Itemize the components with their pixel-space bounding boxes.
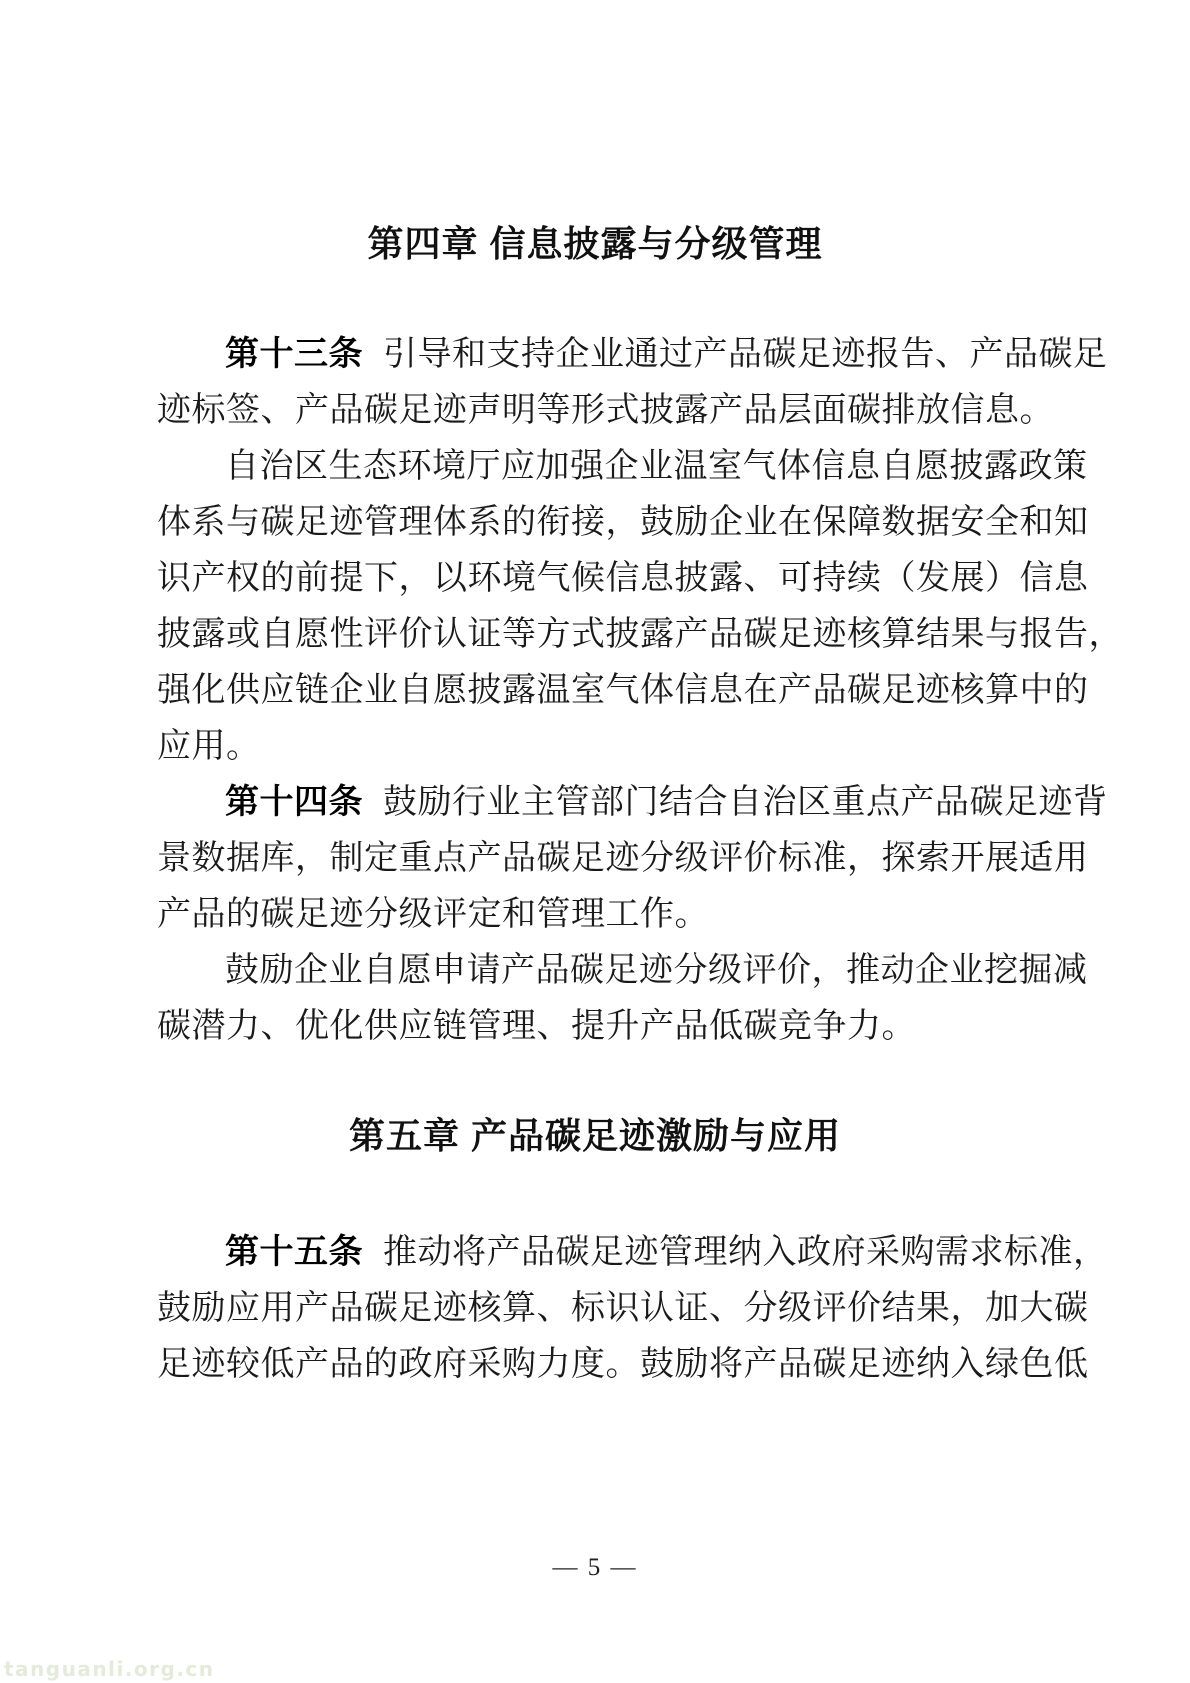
line-text: 鼓励行业主管部门结合自治区重点产品碳足迹背 <box>383 784 1108 821</box>
article-13-label: 第十三条 <box>225 336 363 373</box>
text-line: 识产权的前提下，以环境气候信息披露、可持续（发展）信息 <box>157 551 1047 607</box>
text-line: 景数据库，制定重点产品碳足迹分级评价标准，探索开展适用 <box>157 831 1047 887</box>
page-number: — 5 — <box>0 1552 1190 1584</box>
text-line: 产品的碳足迹分级评定和管理工作。 <box>157 887 1047 943</box>
text-line: 应用。 <box>157 719 1047 775</box>
line-text: 披露或自愿性评价认证等方式披露产品碳足迹核算结果与报告， <box>157 616 1123 653</box>
line-text: 鼓励应用产品碳足迹核算、标识认证、分级评价结果，加大碳 <box>157 1290 1089 1327</box>
line-text: 体系与碳足迹管理体系的衔接，鼓励企业在保障数据安全和知 <box>157 504 1089 541</box>
line-text: 景数据库，制定重点产品碳足迹分级评价标准，探索开展适用 <box>157 840 1089 877</box>
article-15-label: 第十五条 <box>225 1234 363 1271</box>
line-text: 自治区生态环境厅应加强企业温室气体信息自愿披露政策 <box>225 448 1088 485</box>
text-line: 第十五条推动将产品碳足迹管理纳入政府采购需求标准， <box>157 1225 1047 1281</box>
chapter-4-body: 第十三条引导和支持企业通过产品碳足迹报告、产品碳足 迹标签、产品碳足迹声明等形式… <box>157 327 1047 1055</box>
text-line: 足迹较低产品的政府采购力度。鼓励将产品碳足迹纳入绿色低 <box>157 1337 1047 1393</box>
chapter-5-heading: 第五章 产品碳足迹激励与应用 <box>0 1114 1190 1158</box>
line-text: 识产权的前提下，以环境气候信息披露、可持续（发展）信息 <box>157 560 1089 597</box>
text-line: 第十三条引导和支持企业通过产品碳足迹报告、产品碳足 <box>157 327 1047 383</box>
text-line: 强化供应链企业自愿披露温室气体信息在产品碳足迹核算中的 <box>157 663 1047 719</box>
line-text: 应用。 <box>157 728 261 765</box>
article-14-label: 第十四条 <box>225 784 363 821</box>
text-line: 体系与碳足迹管理体系的衔接，鼓励企业在保障数据安全和知 <box>157 495 1047 551</box>
watermark: tanguanli.org.cn <box>4 1657 215 1681</box>
line-text: 碳潜力、优化供应链管理、提升产品低碳竞争力。 <box>157 1008 916 1045</box>
text-line: 鼓励应用产品碳足迹核算、标识认证、分级评价结果，加大碳 <box>157 1281 1047 1337</box>
text-line: 自治区生态环境厅应加强企业温室气体信息自愿披露政策 <box>157 439 1047 495</box>
line-text: 强化供应链企业自愿披露温室气体信息在产品碳足迹核算中的 <box>157 672 1089 709</box>
text-line: 披露或自愿性评价认证等方式披露产品碳足迹核算结果与报告， <box>157 607 1047 663</box>
line-text: 产品的碳足迹分级评定和管理工作。 <box>157 896 709 933</box>
line-text: 引导和支持企业通过产品碳足迹报告、产品碳足 <box>383 336 1108 373</box>
line-text: 鼓励企业自愿申请产品碳足迹分级评价，推动企业挖掘减 <box>225 952 1088 989</box>
text-line: 鼓励企业自愿申请产品碳足迹分级评价，推动企业挖掘减 <box>157 943 1047 999</box>
text-line: 第十四条鼓励行业主管部门结合自治区重点产品碳足迹背 <box>157 775 1047 831</box>
chapter-5-body: 第十五条推动将产品碳足迹管理纳入政府采购需求标准， 鼓励应用产品碳足迹核算、标识… <box>157 1225 1047 1393</box>
line-text: 迹标签、产品碳足迹声明等形式披露产品层面碳排放信息。 <box>157 392 1054 429</box>
text-line: 碳潜力、优化供应链管理、提升产品低碳竞争力。 <box>157 999 1047 1055</box>
text-line: 迹标签、产品碳足迹声明等形式披露产品层面碳排放信息。 <box>157 383 1047 439</box>
document-page: 第四章 信息披露与分级管理 第十三条引导和支持企业通过产品碳足迹报告、产品碳足 … <box>0 0 1190 1683</box>
chapter-4-heading: 第四章 信息披露与分级管理 <box>0 222 1190 266</box>
line-text: 推动将产品碳足迹管理纳入政府采购需求标准， <box>383 1234 1108 1271</box>
line-text: 足迹较低产品的政府采购力度。鼓励将产品碳足迹纳入绿色低 <box>157 1346 1089 1383</box>
